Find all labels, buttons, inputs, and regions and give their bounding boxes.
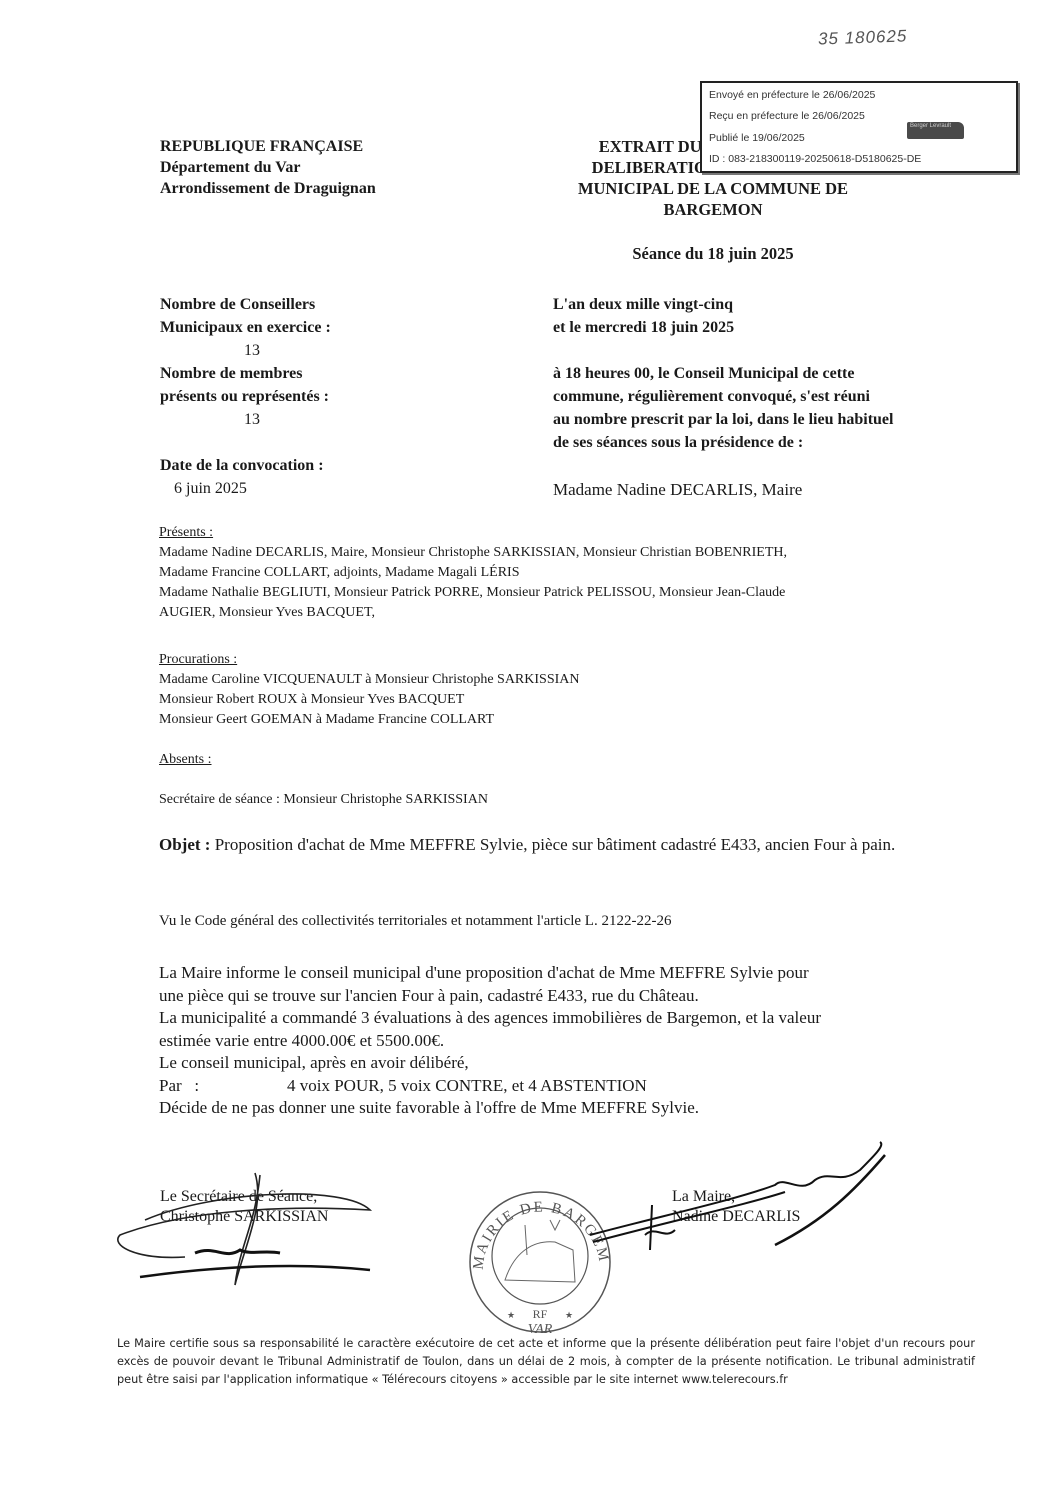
attendance-summary: Nombre de Conseillers Municipaux en exer…: [160, 293, 331, 500]
preamble-line-5: au nombre prescrit par la loi, dans le l…: [553, 408, 893, 431]
presents-line: Madame Francine COLLART, adjoints, Madam…: [159, 563, 959, 583]
prefecture-stamp: Envoyé en préfecture le 26/06/2025 Reçu …: [700, 81, 1018, 173]
session-date-heading: Séance du 18 juin 2025: [540, 244, 886, 264]
membres-label: Nombre de membres: [160, 362, 331, 385]
vote-result: 4 voix POUR, 5 voix CONTRE, et 4 ABSTENT…: [287, 1076, 647, 1095]
title-line-3: MUNICIPAL DE LA COMMUNE DE: [540, 178, 886, 199]
procuration-line: Monsieur Robert ROUX à Monsieur Yves BAC…: [159, 690, 959, 710]
preamble-line-2: et le mercredi 18 juin 2025: [553, 316, 893, 339]
decision-line: La Maire informe le conseil municipal d'…: [159, 962, 979, 985]
session-preamble: L'an deux mille vingt-cinq et le mercred…: [553, 293, 893, 501]
subject-paragraph: Objet : Proposition d'achat de Mme MEFFR…: [159, 834, 949, 856]
department-heading: Département du Var: [160, 157, 376, 178]
presents-label: Présents :: [159, 523, 959, 543]
seal-center-text: RF: [533, 1307, 548, 1321]
president-name: Madame Nadine DECARLIS, Maire: [553, 478, 893, 501]
conseillers-label: Nombre de Conseillers: [160, 293, 331, 316]
presents-line: AUGIER, Monsieur Yves BACQUET,: [159, 603, 959, 623]
membres-label-2: présents ou représentés :: [160, 385, 331, 408]
convocation-date: 6 juin 2025: [160, 477, 331, 500]
conseillers-count: 13: [160, 339, 331, 362]
title-line-4: BARGEMON: [540, 199, 886, 220]
procuration-line: Madame Caroline VICQUENAULT à Monsieur C…: [159, 670, 959, 690]
presents-section: Présents : Madame Nadine DECARLIS, Maire…: [159, 523, 959, 623]
svg-text:★: ★: [507, 1310, 515, 1320]
preamble-line-6: de ses séances sous la présidence de :: [553, 431, 893, 454]
arrondissement-heading: Arrondissement de Draguignan: [160, 178, 376, 199]
svg-text:★: ★: [565, 1310, 573, 1320]
preamble-line-1: L'an deux mille vingt-cinq: [553, 293, 893, 316]
decision-line: une pièce qui se trouve sur l'ancien Fou…: [159, 985, 979, 1008]
decision-paragraph: La Maire informe le conseil municipal d'…: [159, 962, 979, 1120]
stamp-published: Publié le 19/06/2025: [709, 132, 805, 144]
presents-line: Madame Nadine DECARLIS, Maire, Monsieur …: [159, 543, 959, 563]
stamp-id: ID : 083-218300119-20250618-D5180625-DE: [709, 153, 921, 165]
absents-label: Absents :: [159, 750, 212, 770]
decision-conclusion: Décide de ne pas donner une suite favora…: [159, 1097, 979, 1120]
secretary-handwritten-signature-icon: [105, 1165, 405, 1295]
membres-count: 13: [160, 408, 331, 431]
preamble-line-4: commune, régulièrement convoqué, s'est r…: [553, 385, 893, 408]
berger-levrault-logo-icon: Berger Levrault: [907, 122, 964, 139]
subject-label: Objet :: [159, 835, 210, 854]
procurations-section: Procurations : Madame Caroline VICQUENAU…: [159, 650, 959, 730]
mayor-handwritten-signature-icon: [585, 1140, 895, 1260]
vote-line: Par :4 voix POUR, 5 voix CONTRE, et 4 AB…: [159, 1075, 979, 1098]
secretary-line: Secrétaire de séance : Monsieur Christop…: [159, 790, 959, 810]
subject-text: Proposition d'achat de Mme MEFFRE Sylvie…: [215, 835, 896, 854]
decision-line: Le conseil municipal, après en avoir dél…: [159, 1052, 979, 1075]
decision-line: La municipalité a commandé 3 évaluations…: [159, 1007, 979, 1030]
legal-footer: Le Maire certifie sous sa responsabilité…: [117, 1335, 975, 1389]
convocation-label: Date de la convocation :: [160, 454, 331, 477]
stamp-sent: Envoyé en préfecture le 26/06/2025: [709, 89, 875, 101]
decision-line: estimée varie entre 4000.00€ et 5500.00€…: [159, 1030, 979, 1053]
republic-heading: REPUBLIQUE FRANÇAISE: [160, 136, 376, 157]
legal-basis: Vu le Code général des collectivités ter…: [159, 913, 671, 930]
conseillers-label-2: Municipaux en exercice :: [160, 316, 331, 339]
procurations-label: Procurations :: [159, 650, 959, 670]
issuer-block: REPUBLIQUE FRANÇAISE Département du Var …: [160, 136, 376, 199]
presents-line: Madame Nathalie BEGLIUTI, Monsieur Patri…: [159, 583, 959, 603]
stamp-received: Reçu en préfecture le 26/06/2025: [709, 110, 865, 122]
procuration-line: Monsieur Geert GOEMAN à Madame Francine …: [159, 710, 959, 730]
handwritten-reference-note: 35 180625: [818, 26, 908, 49]
preamble-line-3: à 18 heures 00, le Conseil Municipal de …: [553, 362, 893, 385]
vote-label: Par :: [159, 1075, 287, 1098]
